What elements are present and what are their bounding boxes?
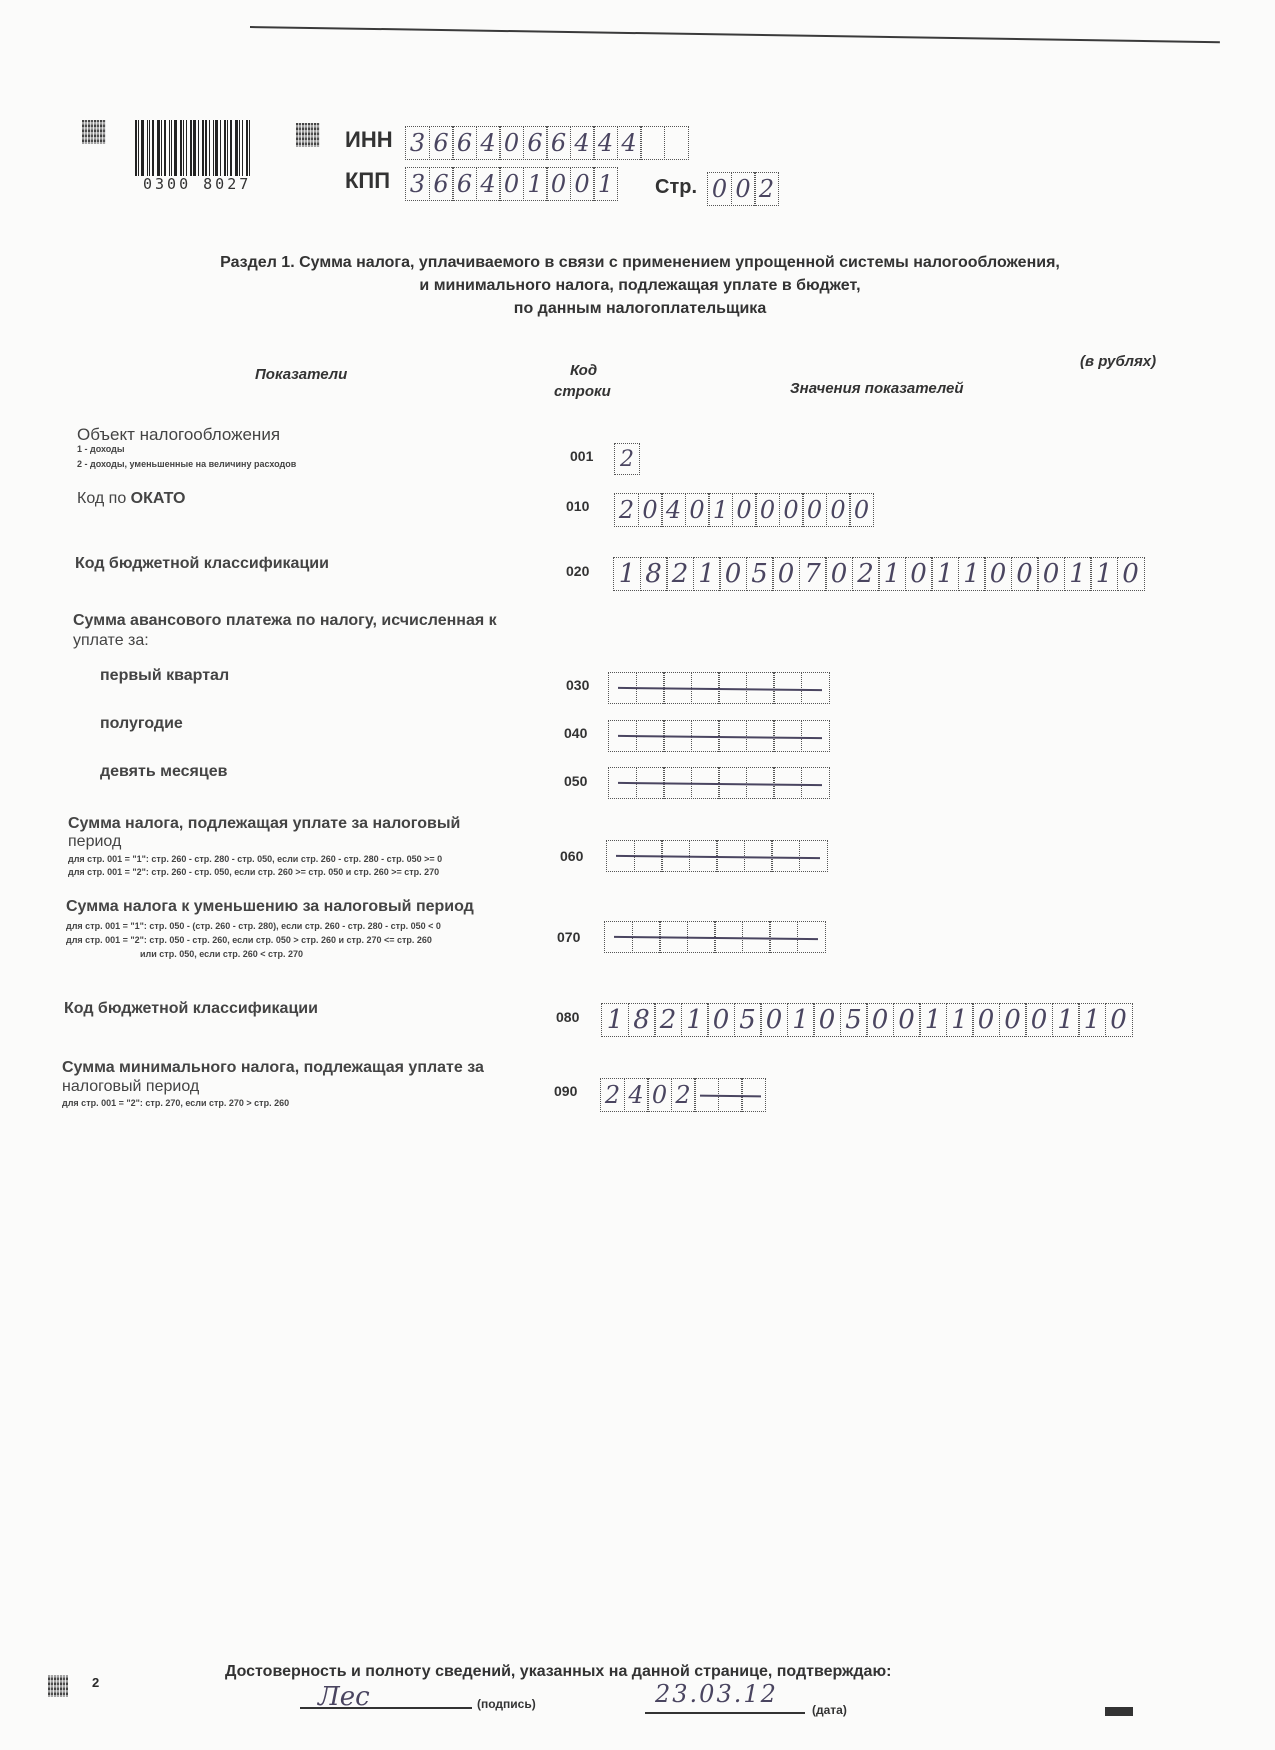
digit-cell[interactable]: 0 bbox=[638, 493, 663, 527]
row-030-code: 030 bbox=[566, 677, 589, 693]
barcode-bar bbox=[180, 120, 182, 176]
barcode-bar bbox=[220, 120, 221, 176]
digit-cell[interactable]: 0 bbox=[760, 1003, 788, 1037]
digit-cell[interactable]: 4 bbox=[570, 126, 595, 160]
barcode-bar bbox=[235, 120, 238, 176]
barcode-bar bbox=[169, 120, 170, 176]
digit-cell[interactable]: 4 bbox=[617, 126, 642, 160]
digit-cell[interactable] bbox=[640, 126, 665, 160]
digit-cell[interactable]: 2 bbox=[614, 493, 639, 527]
row-070-code: 070 bbox=[557, 929, 580, 945]
digit-cell[interactable]: 6 bbox=[452, 167, 477, 201]
row-070-formula-3: или стр. 050, если стр. 260 < стр. 270 bbox=[140, 948, 303, 961]
digit-cell[interactable]: 0 bbox=[905, 557, 933, 591]
digit-cell[interactable]: 0 bbox=[772, 557, 800, 591]
row-090-formula-1: для стр. 001 = "2": стр. 270, если стр. … bbox=[62, 1097, 289, 1110]
digit-cell[interactable]: 0 bbox=[731, 172, 756, 206]
digit-cell[interactable]: 5 bbox=[734, 1003, 762, 1037]
barcode: 0300 8027 bbox=[135, 120, 265, 195]
row-060-code: 060 bbox=[560, 848, 583, 864]
row-070-field[interactable] bbox=[604, 921, 824, 953]
digit-cell[interactable]: 0 bbox=[719, 557, 747, 591]
digit-cell[interactable]: 2 bbox=[600, 1078, 625, 1112]
digit-cell[interactable]: 0 bbox=[972, 1003, 1000, 1037]
digit-cell[interactable]: 2 bbox=[754, 172, 779, 206]
digit-cell[interactable]: 1 bbox=[958, 557, 986, 591]
barcode-bar bbox=[198, 120, 199, 176]
section-title-line1: Раздел 1. Сумма налога, уплачиваемого в … bbox=[100, 252, 1180, 274]
barcode-bar bbox=[138, 120, 139, 176]
digit-cell[interactable]: 1 bbox=[601, 1003, 629, 1037]
row-001-code: 001 bbox=[570, 448, 593, 464]
digit-cell[interactable]: 2 bbox=[666, 557, 694, 591]
row-060-label-line1: Сумма налога, подлежащая уплате за налог… bbox=[68, 815, 460, 833]
barcode-bar bbox=[202, 120, 204, 176]
digit-cell[interactable]: 0 bbox=[647, 1078, 672, 1112]
row-080-label: Код бюджетной классификации bbox=[64, 1000, 318, 1018]
barcode-bar bbox=[209, 120, 210, 176]
barcode-bar bbox=[174, 120, 177, 176]
row-090-label-line2: налоговый период bbox=[62, 1078, 199, 1096]
digit-cell[interactable]: 0 bbox=[1037, 557, 1065, 591]
digit-cell[interactable]: 0 bbox=[825, 557, 853, 591]
kpp-field[interactable]: 366401001 bbox=[405, 167, 617, 201]
digit-cell[interactable] bbox=[664, 126, 689, 160]
row-010-code: 010 bbox=[566, 498, 589, 514]
digit-cell[interactable]: 0 bbox=[802, 493, 827, 527]
page-number-field[interactable]: 002 bbox=[707, 172, 778, 206]
row-070-label: Сумма налога к уменьшению за налоговый п… bbox=[66, 898, 474, 916]
inn-field[interactable]: 3664066444 bbox=[405, 126, 687, 160]
row-070-formula-1: для стр. 001 = "1": стр. 050 - (стр. 260… bbox=[66, 920, 441, 933]
digit-cell[interactable]: 0 bbox=[826, 493, 851, 527]
digit-cell[interactable]: 0 bbox=[546, 167, 571, 201]
signature-label: (подпись) bbox=[477, 1697, 536, 1711]
digit-cell[interactable]: 1 bbox=[1090, 557, 1118, 591]
barcode-bar bbox=[249, 120, 250, 176]
row-050-code: 050 bbox=[564, 773, 587, 789]
barcode-bar bbox=[213, 120, 214, 176]
row-010-label-prefix: Код по bbox=[77, 490, 131, 507]
row-010-label: Код по ОКАТО bbox=[77, 490, 185, 508]
row-050-field[interactable] bbox=[608, 767, 828, 799]
digit-cell[interactable]: 0 bbox=[999, 1003, 1027, 1037]
row-090-code: 090 bbox=[554, 1083, 577, 1099]
digit-cell[interactable]: 0 bbox=[813, 1003, 841, 1037]
digit-cell[interactable]: 1 bbox=[946, 1003, 974, 1037]
datamatrix-code-footer bbox=[48, 1675, 68, 1697]
date-value[interactable]: 23.03.12 bbox=[655, 1680, 778, 1708]
barcode-bar bbox=[135, 120, 137, 176]
scan-top-line bbox=[250, 26, 1220, 43]
digit-cell[interactable]: 6 bbox=[452, 126, 477, 160]
digit-cell[interactable]: 3 bbox=[405, 126, 430, 160]
digit-cell[interactable]: 0 bbox=[849, 493, 874, 527]
barcode-bar bbox=[157, 120, 160, 176]
digit-cell[interactable]: 7 bbox=[799, 557, 827, 591]
digit-cell[interactable]: 0 bbox=[707, 172, 732, 206]
digit-cell[interactable]: 5 bbox=[840, 1003, 868, 1037]
row-060-formula-1: для стр. 001 = "1": стр. 260 - стр. 280 … bbox=[68, 853, 442, 866]
date-label: (дата) bbox=[812, 1703, 847, 1717]
digit-cell[interactable]: 4 bbox=[661, 493, 686, 527]
row-040-code: 040 bbox=[564, 725, 587, 741]
barcode-bar bbox=[215, 120, 218, 176]
digit-cell[interactable]: 1 bbox=[878, 557, 906, 591]
barcode-bar bbox=[242, 120, 243, 176]
digit-cell[interactable]: 1 bbox=[708, 493, 733, 527]
barcode-bar bbox=[186, 120, 187, 176]
row-090-minimum-tax-field[interactable]: 2402 bbox=[600, 1078, 765, 1112]
digit-cell[interactable]: 0 bbox=[893, 1003, 921, 1037]
barcode-bar bbox=[230, 120, 232, 176]
barcode-bar bbox=[193, 120, 196, 176]
digit-cell[interactable]: 0 bbox=[499, 126, 524, 160]
barcode-bar bbox=[183, 120, 184, 176]
row-080-code: 080 bbox=[556, 1009, 579, 1025]
page-number: 2 bbox=[92, 1675, 99, 1690]
row-080-kbk-field[interactable]: 18210501050011000110 bbox=[601, 1003, 1131, 1037]
datamatrix-code-left bbox=[82, 120, 106, 144]
digit-cell[interactable]: 0 bbox=[1105, 1003, 1133, 1037]
datamatrix-code-right bbox=[296, 123, 320, 147]
digit-cell[interactable]: 2 bbox=[852, 557, 880, 591]
row-090-label-line1: Сумма минимального налога, подлежащая уп… bbox=[62, 1059, 484, 1077]
column-header-code-2: строки bbox=[554, 383, 611, 400]
digit-cell[interactable]: 1 bbox=[681, 1003, 709, 1037]
column-header-indicators: Показатели bbox=[255, 366, 347, 383]
row-030-field[interactable] bbox=[608, 672, 828, 704]
row-030-label: первый квартал bbox=[100, 667, 229, 685]
digit-cell[interactable]: 2 bbox=[654, 1003, 682, 1037]
date-line bbox=[645, 1712, 805, 1714]
digit-cell[interactable]: 5 bbox=[746, 557, 774, 591]
row-060-label-line2: период bbox=[68, 833, 121, 851]
column-header-values: Значения показателей bbox=[790, 380, 964, 397]
advance-label-line2: уплате за: bbox=[73, 632, 149, 650]
barcode-bar bbox=[246, 120, 248, 176]
digit-cell[interactable]: 0 bbox=[1025, 1003, 1053, 1037]
digit-cell[interactable]: 2 bbox=[614, 443, 640, 475]
column-header-code-1: Код bbox=[570, 362, 597, 379]
digit-cell[interactable]: 0 bbox=[984, 557, 1012, 591]
barcode-bar bbox=[227, 120, 228, 176]
barcode-bar bbox=[161, 120, 162, 176]
digit-cell[interactable]: 3 bbox=[405, 167, 430, 201]
page-label: Стр. bbox=[655, 176, 697, 199]
row-020-code: 020 bbox=[566, 563, 589, 579]
section-title-line3: по данным налогоплательщика bbox=[100, 298, 1180, 320]
digit-cell[interactable]: 1 bbox=[1064, 557, 1092, 591]
barcode-bar bbox=[205, 120, 207, 176]
digit-cell[interactable]: 1 bbox=[523, 167, 548, 201]
barcode-bar bbox=[171, 120, 172, 176]
digit-cell[interactable]: 0 bbox=[1011, 557, 1039, 591]
confirmation-text: Достоверность и полноту сведений, указан… bbox=[225, 1663, 891, 1681]
barcode-bar bbox=[164, 120, 166, 176]
digit-cell[interactable]: 1 bbox=[787, 1003, 815, 1037]
digit-cell[interactable]: 1 bbox=[613, 557, 641, 591]
digit-cell[interactable]: 8 bbox=[628, 1003, 656, 1037]
row-010-okato-field[interactable]: 20401000000 bbox=[614, 493, 873, 527]
digit-cell[interactable]: 4 bbox=[476, 126, 501, 160]
digit-cell[interactable]: 1 bbox=[1078, 1003, 1106, 1037]
signature-line bbox=[300, 1707, 472, 1709]
barcode-number: 0300 8027 bbox=[143, 175, 251, 193]
digit-cell[interactable]: 4 bbox=[624, 1078, 649, 1112]
row-040-field[interactable] bbox=[608, 720, 828, 752]
barcode-bar bbox=[141, 120, 144, 176]
digit-cell[interactable]: 6 bbox=[523, 126, 548, 160]
inn-label: ИНН bbox=[345, 127, 393, 153]
digit-cell[interactable]: 1 bbox=[593, 167, 618, 201]
digit-cell[interactable]: 1 bbox=[1052, 1003, 1080, 1037]
digit-cell[interactable]: 0 bbox=[1117, 557, 1145, 591]
barcode-bar bbox=[190, 120, 192, 176]
row-001-option-1: 1 - доходы bbox=[77, 443, 125, 456]
advance-label-line1: Сумма авансового платежа по налогу, исчи… bbox=[73, 612, 497, 630]
row-001-field[interactable]: 2 bbox=[614, 443, 639, 475]
row-020-label: Код бюджетной классификации bbox=[75, 555, 329, 573]
digit-cell[interactable]: 6 bbox=[429, 167, 454, 201]
digit-cell[interactable]: 4 bbox=[476, 167, 501, 201]
barcode-bar bbox=[147, 120, 148, 176]
digit-cell[interactable]: 4 bbox=[593, 126, 618, 160]
digit-cell[interactable]: 0 bbox=[779, 493, 804, 527]
barcode-bar bbox=[224, 120, 226, 176]
row-070-formula-2: для стр. 001 = "2": стр. 050 - стр. 260,… bbox=[66, 934, 432, 947]
row-010-label-okato: ОКАТО bbox=[131, 490, 186, 507]
barcode-bars bbox=[135, 120, 265, 176]
barcode-bar bbox=[149, 120, 150, 176]
barcode-bar bbox=[152, 120, 154, 176]
barcode-bar bbox=[239, 120, 240, 176]
digit-cell[interactable]: 0 bbox=[499, 167, 524, 201]
digit-cell[interactable]: 0 bbox=[732, 493, 757, 527]
digit-cell[interactable]: 0 bbox=[570, 167, 595, 201]
digit-cell[interactable]: 0 bbox=[707, 1003, 735, 1037]
digit-cell[interactable]: 6 bbox=[546, 126, 571, 160]
row-001-label: Объект налогообложения bbox=[77, 425, 280, 445]
row-020-kbk-field[interactable]: 18210507021011000110 bbox=[613, 557, 1143, 591]
digit-cell[interactable]: 2 bbox=[671, 1078, 696, 1112]
scan-marker bbox=[1105, 1707, 1133, 1716]
row-040-label: полугодие bbox=[100, 715, 183, 733]
digit-cell[interactable]: 0 bbox=[755, 493, 780, 527]
kpp-label: КПП bbox=[345, 168, 390, 194]
digit-cell[interactable]: 1 bbox=[919, 1003, 947, 1037]
row-050-label: девять месяцев bbox=[100, 763, 227, 781]
digit-cell[interactable]: 6 bbox=[429, 126, 454, 160]
row-001-option-2: 2 - доходы, уменьшенные на величину расх… bbox=[77, 458, 296, 471]
digit-cell[interactable]: 8 bbox=[640, 557, 668, 591]
digit-cell[interactable]: 1 bbox=[931, 557, 959, 591]
digit-cell[interactable]: 0 bbox=[866, 1003, 894, 1037]
row-060-formula-2: для стр. 001 = "2": стр. 260 - стр. 050,… bbox=[68, 866, 439, 879]
row-060-field[interactable] bbox=[606, 840, 826, 872]
digit-cell[interactable]: 0 bbox=[685, 493, 710, 527]
digit-cell[interactable]: 1 bbox=[693, 557, 721, 591]
section-title-line2: и минимального налога, подлежащая уплате… bbox=[100, 275, 1180, 297]
units-note: (в рублях) bbox=[1080, 353, 1156, 370]
